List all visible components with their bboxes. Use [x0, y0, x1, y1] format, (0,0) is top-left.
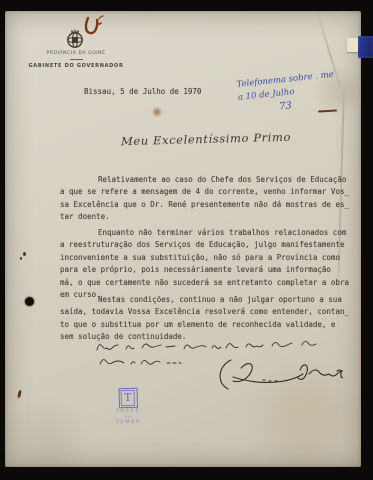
handwritten-closing-line	[94, 339, 330, 355]
paper-speck	[20, 257, 22, 260]
letterhead-divider	[70, 59, 83, 60]
scanned-letter-page: PROVÍNCIA DA GUINÉ GABINETE DO GOVERNADO…	[0, 0, 373, 480]
archive-tab-blue	[358, 36, 373, 58]
paragraph-3: Nestas condições, continuo a não julgar …	[60, 294, 360, 344]
letterhead-office: GABINETE DO GOVERNADOR	[26, 63, 126, 69]
dateline: Bissau, 5 de Julho de 1970	[84, 87, 201, 96]
punch-hole	[25, 297, 34, 306]
paragraph-1: Relativamente ao caso do Chefe dos Servi…	[60, 174, 360, 224]
letterhead-province: PROVÍNCIA DA GUINÉ	[26, 51, 126, 56]
paragraph-2: Enquanto não terminar vários trabalhos r…	[60, 227, 360, 301]
archive-stamp: T TORRE DO TOMBO	[109, 388, 148, 426]
coat-of-arms-icon	[62, 29, 88, 49]
stamp-initial: T	[119, 389, 136, 407]
stamp-frame: T	[118, 388, 138, 408]
handwritten-closing-line	[97, 355, 187, 369]
signature	[203, 356, 343, 394]
stamp-text-line: TOMBO	[109, 419, 147, 426]
paper-speck	[23, 252, 26, 256]
